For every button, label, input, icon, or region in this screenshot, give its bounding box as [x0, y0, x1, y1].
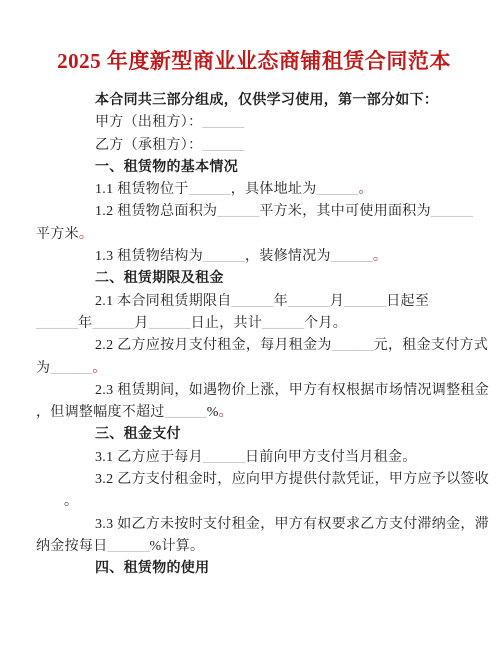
text-segment: 2.1 本合同租赁期限自	[95, 294, 232, 309]
document-line: 2.2 乙方应按月支付租金，每月租金为______元，租金支付方式	[36, 335, 472, 357]
document-line: ，但调整幅度不超过______%。	[36, 402, 472, 424]
text-segment: 平方米，其中可使用面积为	[259, 204, 431, 219]
text-segment: 。	[359, 182, 373, 197]
blank-field: ______	[288, 294, 330, 309]
blank-field: ______	[431, 204, 473, 219]
text-segment: ，装修情况为	[245, 249, 331, 264]
text-segment: 月	[134, 316, 148, 331]
text-segment: 二、租赁期限及租金	[95, 271, 224, 286]
text-segment: 本合同共三部分组成，仅供学习使用，第一部分如下：	[95, 93, 438, 108]
document-line: 1.1 租赁物位于______，具体地址为______。	[36, 179, 472, 201]
text-segment: %计算。	[150, 539, 205, 554]
text-segment: 。	[64, 494, 78, 509]
blank-field: ______	[344, 294, 386, 309]
text-segment: 3.3 如乙方未按时支付租金，甲方有权要求乙方支付滞纳金，滞	[95, 517, 489, 532]
blank-field: ______	[203, 450, 245, 465]
section-heading-line: 四、租赁物的使用	[36, 558, 472, 580]
text-segment: 元，租金支付方式	[374, 338, 488, 353]
document-body: 本合同共三部分组成，仅供学习使用，第一部分如下：甲方（出租方）：______乙方…	[36, 90, 472, 581]
text-segment: 乙方（承租方）：	[95, 138, 202, 153]
blank-field: ______	[108, 539, 150, 554]
blank-field: ______	[149, 316, 191, 331]
document-line: 平方米。	[36, 224, 472, 246]
text-segment: 四、租赁物的使用	[95, 561, 209, 576]
section-heading-line: 本合同共三部分组成，仅供学习使用，第一部分如下：	[36, 90, 472, 112]
text-segment: 1.3 租赁物结构为	[95, 249, 203, 264]
text-segment: 年	[274, 294, 288, 309]
document-line: 2.3 租赁期间，如遇物价上涨，甲方有权根据市场情况调整租金	[36, 380, 472, 402]
text-segment: 三、租金支付	[95, 427, 181, 442]
blank-field: ______	[331, 249, 373, 264]
section-heading-line: 三、租金支付	[36, 424, 472, 446]
text-segment: 1.2 租赁物总面积为	[95, 204, 217, 219]
document-line: 2.1 本合同租赁期限自______年______月______日起至	[36, 291, 472, 313]
contract-page: 2025 年度新型商业业态商铺租赁合同范本 本合同共三部分组成，仅供学习使用，第…	[0, 0, 500, 647]
text-segment: 。	[219, 405, 233, 420]
document-line: 1.3 租赁物结构为______，装修情况为______。	[36, 246, 472, 268]
blank-field: ______	[92, 316, 134, 331]
text-segment: 3.1 乙方应于每月	[95, 450, 203, 465]
document-line: 纳金按每日______%计算。	[36, 536, 472, 558]
blank-field: ______	[165, 405, 207, 420]
section-heading-line: 二、租赁期限及租金	[36, 268, 472, 290]
text-segment: 。	[92, 361, 106, 376]
blank-field: ______	[232, 294, 274, 309]
text-segment: 年	[78, 316, 92, 331]
blank-field: ______	[36, 316, 78, 331]
blank-field: ______	[262, 316, 304, 331]
text-segment: %	[207, 405, 219, 420]
section-heading-line: 一、租赁物的基本情况	[36, 157, 472, 179]
document-title: 2025 年度新型商业业态商铺租赁合同范本	[36, 46, 472, 77]
document-line: 乙方（承租方）：______	[36, 135, 472, 157]
text-segment: 一、租赁物的基本情况	[95, 160, 238, 175]
text-segment: 个月。	[304, 316, 347, 331]
blank-field: ______	[202, 115, 244, 130]
document-line: 3.1 乙方应于每月______日前向甲方支付当月租金。	[36, 447, 472, 469]
blank-field: ______	[189, 182, 231, 197]
text-segment: 为	[36, 361, 50, 376]
document-line: 1.2 租赁物总面积为______平方米，其中可使用面积为______	[36, 201, 472, 223]
blank-field: ______	[317, 182, 359, 197]
text-segment: 日起至	[386, 294, 429, 309]
text-segment: 甲方（出租方）：	[95, 115, 202, 130]
text-segment: 2.3 租赁期间，如遇物价上涨，甲方有权根据市场情况调整租金	[95, 383, 489, 398]
text-segment: 3.2 乙方支付租金时，应向甲方提供付款凭证，甲方应予以签收	[95, 472, 489, 487]
text-segment: 。	[79, 227, 93, 242]
text-segment: ，具体地址为	[231, 182, 317, 197]
text-segment: 月	[330, 294, 344, 309]
blank-field: ______	[217, 204, 259, 219]
document-line: 为______。	[36, 358, 472, 380]
text-segment: ，但调整幅度不超过	[36, 405, 165, 420]
document-line: 3.3 如乙方未按时支付租金，甲方有权要求乙方支付滞纳金，滞	[36, 514, 472, 536]
text-segment: 日前向甲方支付当月租金。	[245, 450, 417, 465]
document-line: 。	[36, 491, 472, 513]
text-segment: 平方米	[36, 227, 79, 242]
blank-field: ______	[332, 338, 374, 353]
blank-field: ______	[202, 138, 244, 153]
text-segment: 1.1 租赁物位于	[95, 182, 189, 197]
document-line: ______年______月______日止，共计______个月。	[36, 313, 472, 335]
document-line: 甲方（出租方）：______	[36, 112, 472, 134]
text-segment: 2.2 乙方应按月支付租金，每月租金为	[95, 338, 332, 353]
blank-field: ______	[50, 361, 92, 376]
text-segment: 纳金按每日	[36, 539, 108, 554]
document-line: 3.2 乙方支付租金时，应向甲方提供付款凭证，甲方应予以签收	[36, 469, 472, 491]
blank-field: ______	[203, 249, 245, 264]
text-segment: 。	[373, 249, 387, 264]
text-segment: 日止，共计	[191, 316, 263, 331]
